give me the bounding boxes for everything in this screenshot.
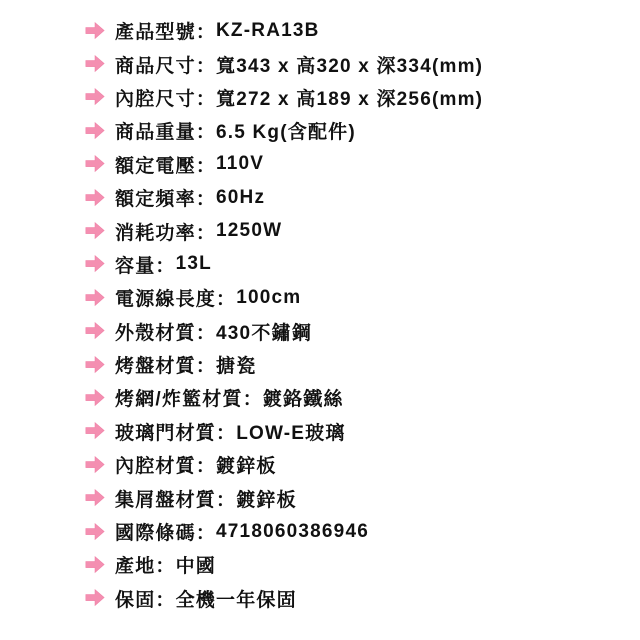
spec-label: 電源線長度 [115, 284, 216, 311]
spec-separator: ： [196, 117, 216, 144]
spec-label: 產地 [115, 551, 155, 578]
spec-label: 容量 [115, 251, 155, 278]
spec-value: 60Hz [216, 187, 265, 209]
spec-separator: ： [196, 518, 216, 545]
arrow-right-icon [84, 20, 106, 42]
spec-value: 寬343 x 高320 x 深334(mm) [216, 51, 483, 78]
spec-value: 鍍鋅板 [216, 451, 277, 478]
spec-label: 保固 [115, 585, 155, 612]
spec-label: 玻璃門材質 [115, 418, 216, 445]
spec-row: 產品型號：KZ-RA13B [84, 14, 640, 47]
spec-value: 全機一年保固 [176, 585, 297, 612]
spec-row: 容量：13L [84, 248, 640, 281]
arrow-right-icon [84, 487, 106, 509]
spec-row: 烤網/炸籃材質：鍍鉻鐵絲 [84, 381, 640, 414]
arrow-right-icon [84, 387, 106, 409]
spec-label: 烤盤材質 [115, 351, 196, 378]
spec-row: 外殼材質：430不鏽鋼 [84, 315, 640, 348]
spec-value: KZ-RA13B [216, 20, 320, 42]
spec-label: 外殼材質 [115, 318, 196, 345]
spec-separator: ： [196, 318, 216, 345]
arrow-right-icon [84, 521, 106, 543]
spec-value: 100cm [236, 287, 301, 309]
spec-row: 消耗功率：1250W [84, 214, 640, 247]
spec-value: 寬272 x 高189 x 深256(mm) [216, 84, 483, 111]
product-spec-list: 產品型號：KZ-RA13B 商品尺寸：寬343 x 高320 x 深334(mm… [0, 0, 640, 615]
spec-label: 烤網/炸籃材質 [115, 384, 243, 411]
spec-row: 商品尺寸：寬343 x 高320 x 深334(mm) [84, 47, 640, 80]
spec-row: 商品重量：6.5 Kg(含配件) [84, 114, 640, 147]
arrow-right-icon [84, 454, 106, 476]
spec-value: 中國 [176, 551, 216, 578]
spec-label: 國際條碼 [115, 518, 196, 545]
spec-value: 1250W [216, 220, 282, 242]
spec-label: 內腔尺寸 [115, 84, 196, 111]
spec-row: 國際條碼：4718060386946 [84, 515, 640, 548]
spec-label: 集屑盤材質 [115, 485, 216, 512]
arrow-right-icon [84, 120, 106, 142]
spec-value: 鍍鉻鐵絲 [263, 384, 344, 411]
spec-row: 額定電壓：110V [84, 148, 640, 181]
spec-row: 產地：中國 [84, 548, 640, 581]
spec-label: 額定電壓 [115, 151, 196, 178]
spec-label: 內腔材質 [115, 451, 196, 478]
spec-separator: ： [196, 84, 216, 111]
spec-row: 玻璃門材質：LOW-E玻璃 [84, 415, 640, 448]
spec-label: 額定頻率 [115, 184, 196, 211]
spec-separator: ： [216, 418, 236, 445]
spec-separator: ： [216, 485, 236, 512]
spec-separator: ： [196, 184, 216, 211]
spec-separator: ： [196, 51, 216, 78]
arrow-right-icon [84, 220, 106, 242]
arrow-right-icon [84, 53, 106, 75]
spec-value: 13L [176, 253, 212, 275]
arrow-right-icon [84, 86, 106, 108]
arrow-right-icon [84, 420, 106, 442]
arrow-right-icon [84, 587, 106, 609]
arrow-right-icon [84, 554, 106, 576]
arrow-right-icon [84, 153, 106, 175]
spec-label: 產品型號 [115, 17, 196, 44]
spec-value: 110V [216, 153, 264, 175]
spec-separator: ： [196, 218, 216, 245]
spec-row: 保固：全機一年保固 [84, 582, 640, 615]
spec-row: 烤盤材質：搪瓷 [84, 348, 640, 381]
spec-value: 430不鏽鋼 [216, 318, 312, 345]
spec-value: 鍍鋅板 [236, 485, 297, 512]
spec-label: 商品尺寸 [115, 51, 196, 78]
spec-separator: ： [196, 351, 216, 378]
spec-separator: ： [155, 585, 175, 612]
arrow-right-icon [84, 287, 106, 309]
arrow-right-icon [84, 354, 106, 376]
spec-label: 消耗功率 [115, 218, 196, 245]
arrow-right-icon [84, 187, 106, 209]
spec-value: LOW-E玻璃 [236, 418, 345, 445]
spec-row: 集屑盤材質：鍍鋅板 [84, 481, 640, 514]
spec-value: 4718060386946 [216, 521, 369, 543]
spec-value: 6.5 Kg(含配件) [216, 117, 356, 144]
arrow-right-icon [84, 253, 106, 275]
spec-row: 電源線長度：100cm [84, 281, 640, 314]
spec-separator: ： [196, 151, 216, 178]
spec-row: 額定頻率：60Hz [84, 181, 640, 214]
arrow-right-icon [84, 320, 106, 342]
spec-row: 內腔尺寸：寬272 x 高189 x 深256(mm) [84, 81, 640, 114]
spec-separator: ： [155, 551, 175, 578]
spec-separator: ： [155, 251, 175, 278]
spec-separator: ： [196, 451, 216, 478]
spec-separator: ： [216, 284, 236, 311]
spec-separator: ： [196, 17, 216, 44]
spec-label: 商品重量 [115, 117, 196, 144]
spec-separator: ： [243, 384, 263, 411]
spec-value: 搪瓷 [216, 351, 256, 378]
spec-row: 內腔材質：鍍鋅板 [84, 448, 640, 481]
